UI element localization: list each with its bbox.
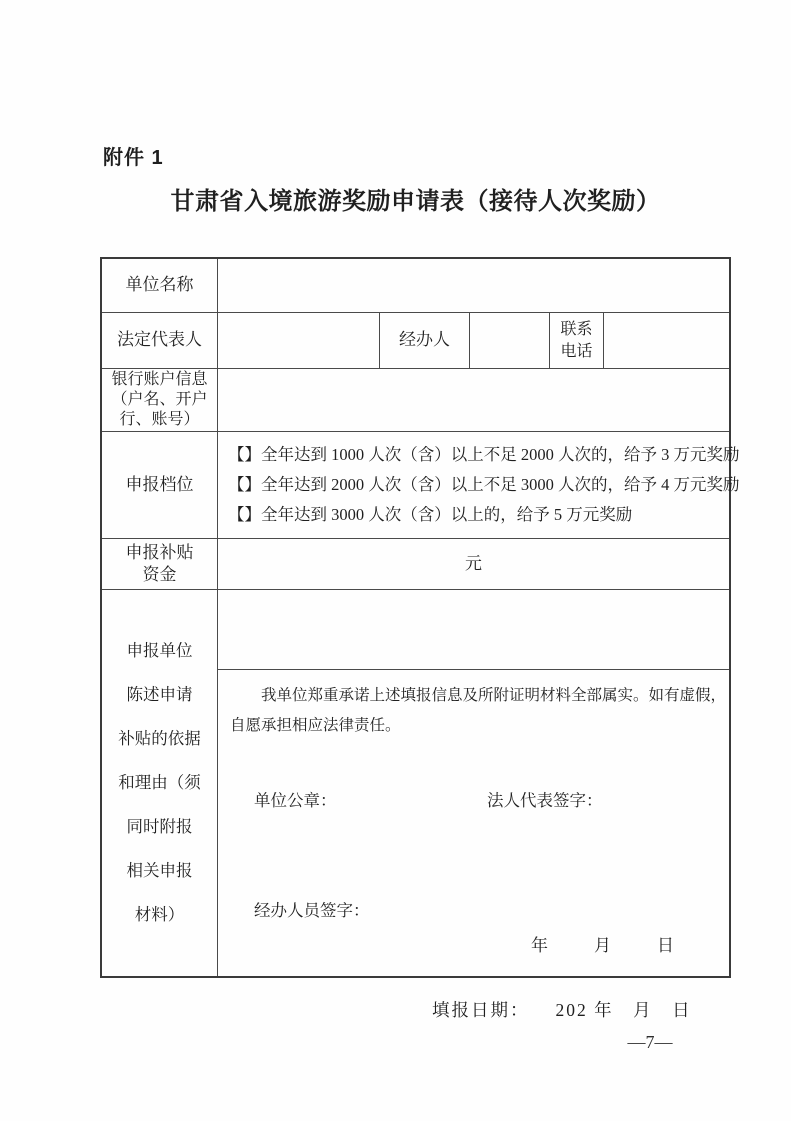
tier-option-1: 【】全年达到 1000 人次（含）以上不足 2000 人次的，给予 3 万元奖励 — [228, 444, 740, 466]
subsidy-amount-unit: 元 — [218, 539, 729, 589]
seal-signature-line: 单位公章： 法人代表签字： — [254, 787, 719, 811]
bank-info-label: 银行账户信息 （户名、开户 行、账号） — [102, 369, 218, 431]
row-unit-name: 单位名称 — [102, 259, 729, 313]
legal-rep-signature-label: 法人代表签字： — [487, 787, 603, 811]
signature-date-line: 年 月 日 — [531, 931, 674, 956]
date-month-label: 月 — [594, 931, 611, 956]
subsidy-amount-label: 申报补贴 资金 — [102, 539, 218, 589]
application-table: 单位名称 法定代表人 经办人 联系 电话 银行账户信息 （户名、开户 行、账号） — [100, 257, 731, 978]
date-day-label: 日 — [657, 931, 674, 956]
contact-phone-label: 联系 电话 — [550, 313, 604, 368]
fill-date-line: 填报日期： 202 年 月 日 — [432, 997, 692, 1022]
row-tier: 申报档位 【】全年达到 1000 人次（含）以上不足 2000 人次的，给予 3… — [102, 432, 729, 539]
handler-label: 经办人 — [380, 313, 470, 368]
row-bank-info: 银行账户信息 （户名、开户 行、账号） — [102, 369, 729, 432]
document-page: 附件 1 甘肃省入境旅游奖励申请表（接待人次奖励） 单位名称 法定代表人 经办人… — [0, 0, 791, 1121]
bank-info-blank-cell — [218, 369, 729, 431]
commitment-cell: 我单位郑重承诺上述填报信息及所附证明材料全部属实。如有虚假， 自愿承担相应法律责… — [218, 670, 729, 976]
legal-rep-label: 法定代表人 — [102, 313, 218, 368]
attachment-label: 附件 1 — [103, 141, 164, 170]
unit-seal-label: 单位公章： — [254, 787, 337, 811]
statement-label: 申报单位 陈述申请 补贴的依据 和理由（须 同时附报 相关申报 材料） — [102, 590, 218, 976]
fill-date-value: 202 年 月 日 — [556, 997, 692, 1022]
commitment-text: 我单位郑重承诺上述填报信息及所附证明材料全部属实。如有虚假， 自愿承担相应法律责… — [230, 681, 725, 741]
tier-option-2: 【】全年达到 2000 人次（含）以上不足 3000 人次的，给予 4 万元奖励 — [228, 474, 740, 496]
handler-signature-label: 经办人员签字： — [254, 897, 370, 921]
tier-option-3: 【】全年达到 3000 人次（含）以上的，给予 5 万元奖励 — [228, 504, 740, 526]
row-statement: 申报单位 陈述申请 补贴的依据 和理由（须 同时附报 相关申报 材料） 我单位郑… — [102, 590, 729, 976]
form-title: 甘肃省入境旅游奖励申请表（接待人次奖励） — [100, 181, 731, 216]
tier-options-cell: 【】全年达到 1000 人次（含）以上不足 2000 人次的，给予 3 万元奖励… — [218, 432, 750, 538]
date-year-label: 年 — [531, 931, 548, 956]
statement-right-area: 我单位郑重承诺上述填报信息及所附证明材料全部属实。如有虚假， 自愿承担相应法律责… — [218, 590, 729, 976]
statement-blank-cell — [218, 590, 729, 670]
contact-phone-blank-cell — [604, 313, 729, 368]
row-subsidy-amount: 申报补贴 资金 元 — [102, 539, 729, 590]
row-legal-rep: 法定代表人 经办人 联系 电话 — [102, 313, 729, 369]
legal-rep-blank-cell — [218, 313, 380, 368]
tier-label: 申报档位 — [102, 432, 218, 538]
page-number: —7— — [600, 1032, 700, 1053]
fill-date-label: 填报日期： — [432, 997, 530, 1022]
handler-blank-cell — [470, 313, 550, 368]
unit-name-blank-cell — [218, 259, 729, 312]
unit-name-label: 单位名称 — [102, 259, 218, 312]
